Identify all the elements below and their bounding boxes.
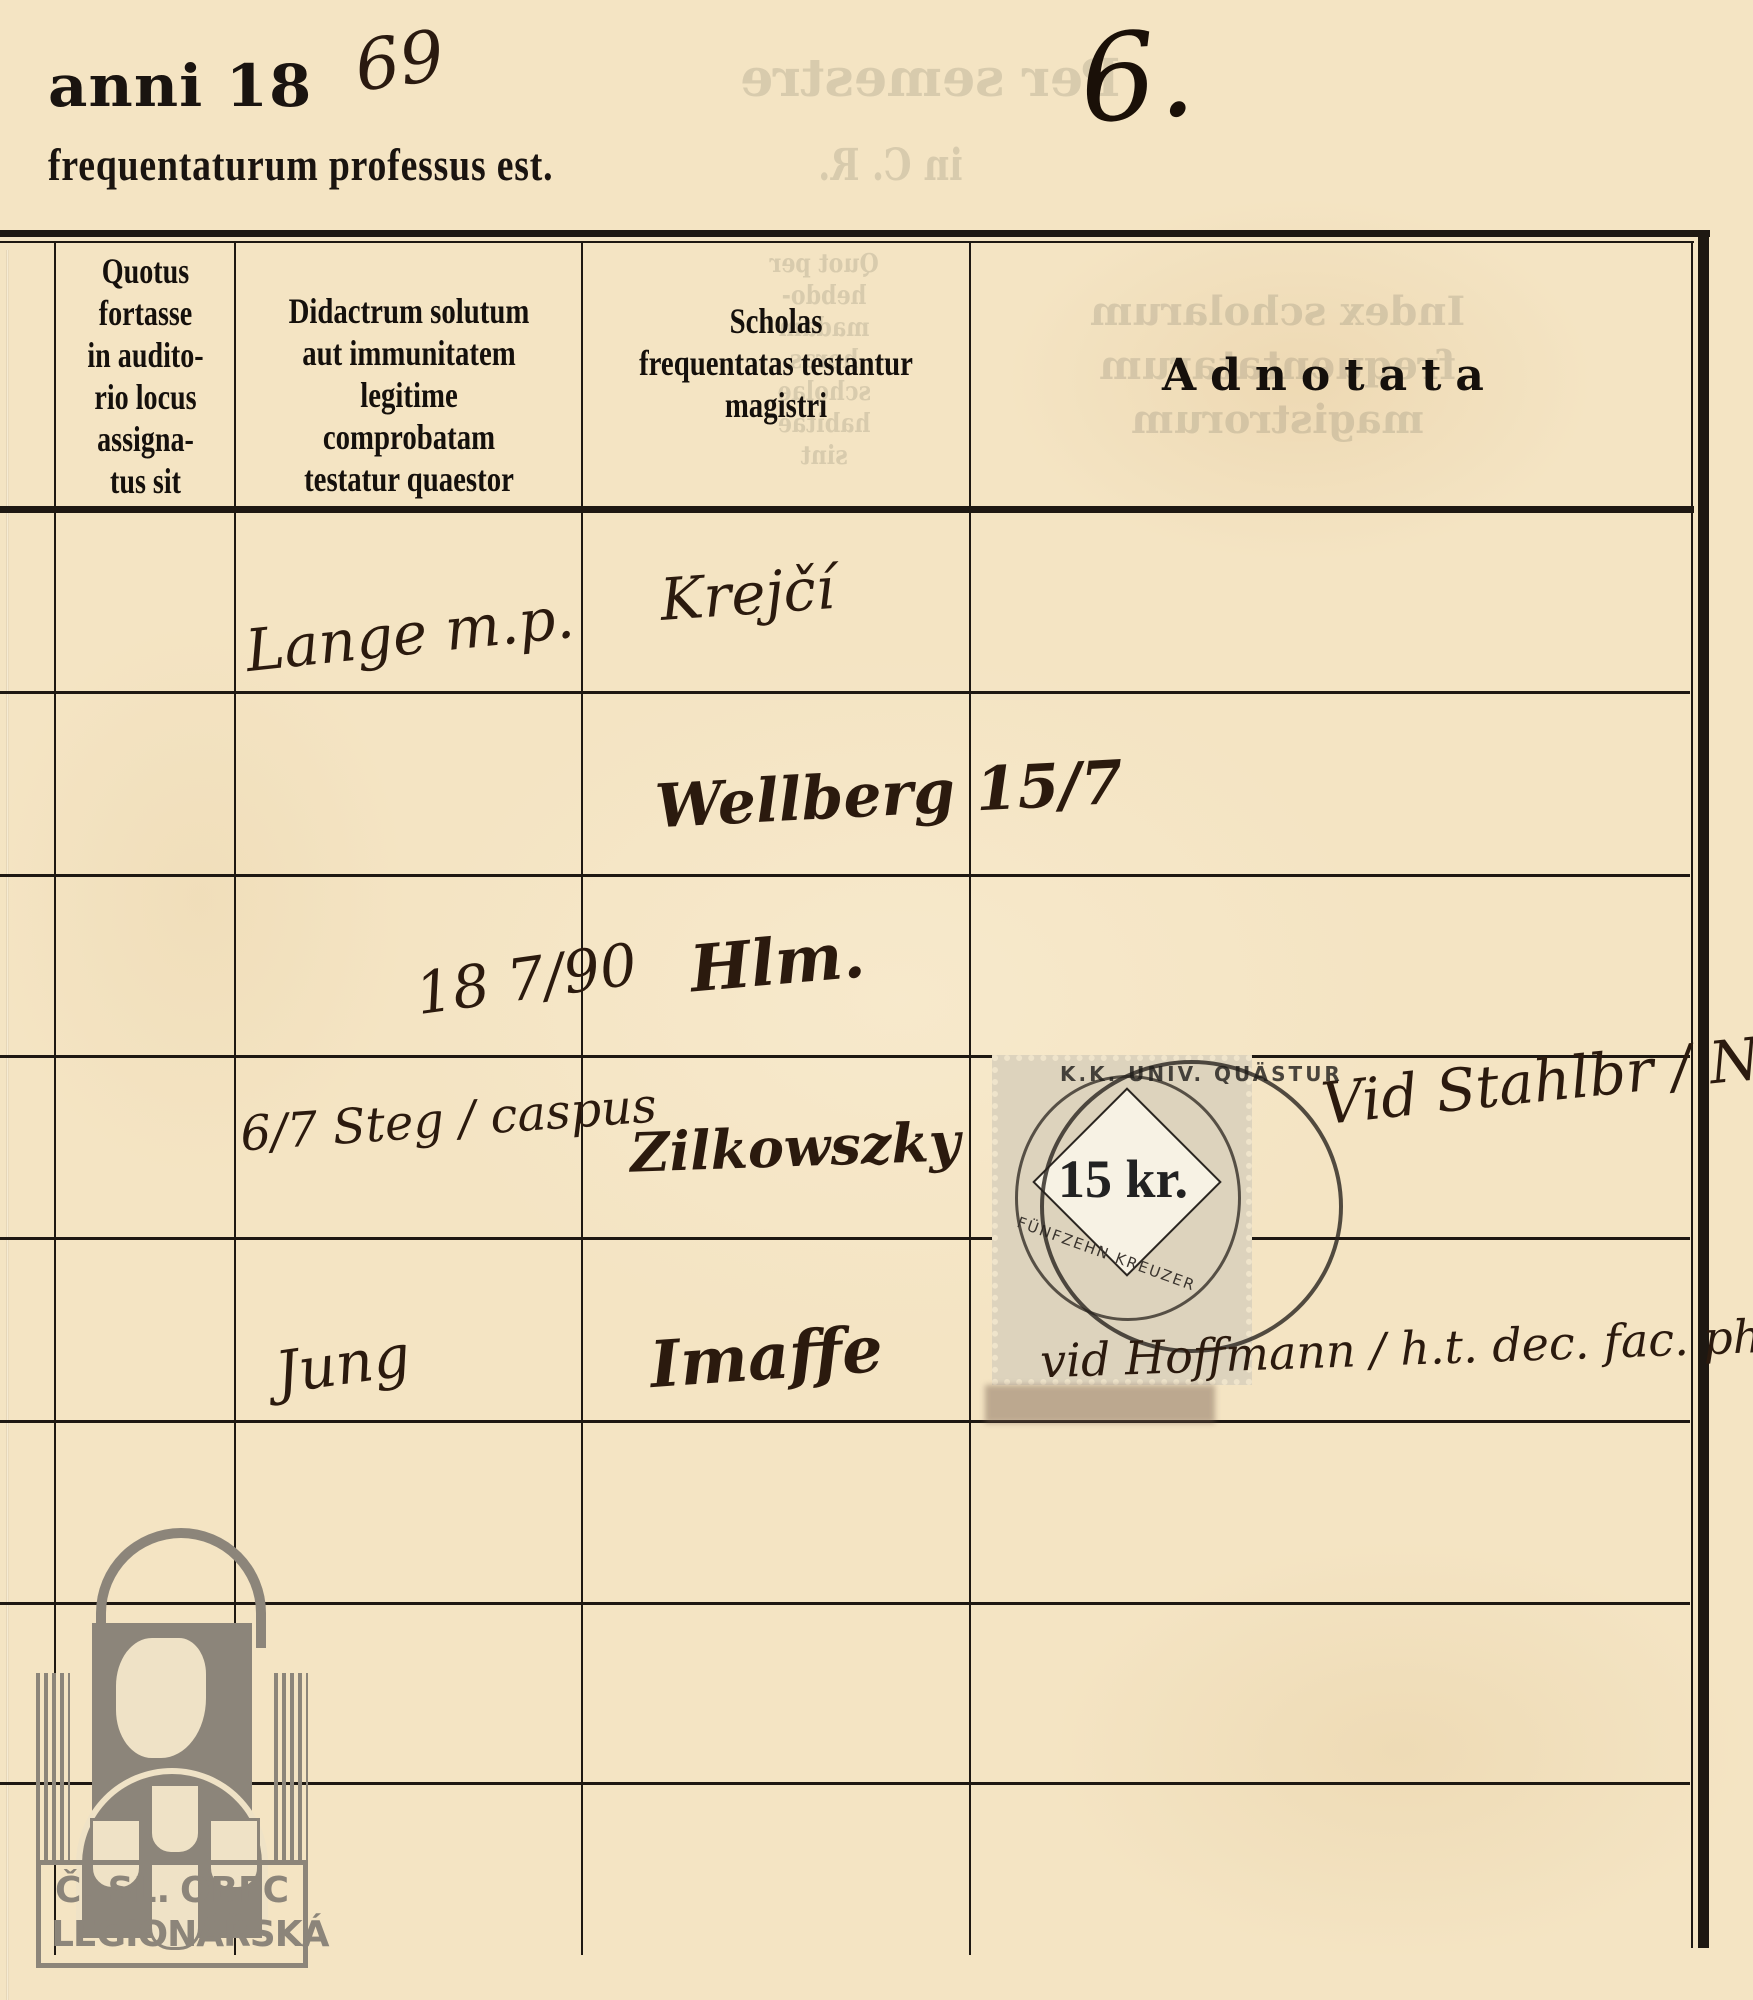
signature-magister-row5: Imaffe (648, 1312, 885, 1403)
logo-pillar-left (36, 1673, 70, 1863)
header-line: Didactrum solutum (272, 290, 546, 332)
header-line: in audito- (77, 334, 214, 376)
signature-magister-row1: Krejčí (658, 554, 837, 634)
header-line: fortasse (77, 292, 214, 334)
logo-text-csl: Č. SL. (55, 1870, 170, 1911)
header-line: assigna- (77, 418, 214, 460)
bleed-through-in-cr: in C. R. (818, 140, 963, 191)
bleed-col-line: Quot per (770, 248, 879, 280)
postmark-text: K.K. UNIV. QUÄSTUR (1060, 1062, 1343, 1086)
header-bottom-border (0, 506, 1694, 513)
signature-quaestor-row1: Lange m.p. (242, 583, 577, 685)
signature-magister-row4: Zilkowszky (629, 1109, 961, 1184)
handwritten-year: 69 (350, 14, 450, 108)
column-header-adnotata: Adnotata (972, 350, 1688, 401)
row-line (0, 1420, 1690, 1423)
subtitle: frequentaturum professus est. (48, 138, 553, 191)
header-line: aut immunitatem (272, 332, 546, 374)
table-top-inner-line (0, 241, 1694, 243)
row-line (0, 691, 1690, 694)
bleed-index-line: magistrorum (1090, 393, 1465, 447)
header-line: testatur quaestor (272, 458, 546, 500)
coat-of-arms-slovakia-icon (149, 1783, 201, 1855)
bleed-index-line: Index scholarum (1090, 285, 1465, 339)
header-line: Scholas (623, 300, 929, 342)
signature-quaestor-row5: Jung (271, 1321, 414, 1407)
cancellation-postmark (1040, 1060, 1343, 1353)
header-line: magistri (623, 384, 929, 426)
handwritten-page-number: 6. (1075, 4, 1199, 151)
ink-smudge (985, 1385, 1215, 1423)
logo-text-legionarska: LEGIONÁŘSKÁ (51, 1914, 328, 1955)
anni-label: anni 18 (48, 52, 312, 120)
bleed-through-per-semestre: Per semestre (740, 48, 1121, 109)
soldier-face-icon (116, 1638, 206, 1758)
logo-text-obec: OBEC (180, 1870, 289, 1911)
header-line: Quotus (77, 250, 214, 292)
table-top-border (0, 230, 1710, 237)
signature-magister-row2: Wellberg 15/7 (653, 748, 1124, 842)
legionnaire-watermark-logo: Č. SL. OBEC LEGIONÁŘSKÁ (36, 1528, 308, 1968)
column-header-didactrum: Didactrum solutum aut immunitatem legiti… (272, 290, 546, 500)
helmet-icon (96, 1528, 266, 1648)
header-line: tus sit (77, 460, 214, 502)
adnotata-entry-row4: Vid Stahlbr / Nesportr (1318, 996, 1753, 1144)
bleed-col-line: sint (770, 440, 879, 472)
column-divider (969, 243, 971, 1955)
row-line (0, 874, 1690, 877)
header-line: legitime comprobatam (272, 374, 546, 458)
column-header-quotus: Quotus fortasse in audito- rio locus ass… (77, 250, 214, 502)
column-header-scholas: Scholas frequentatas testantur magistri (623, 300, 929, 426)
quaestor-entry-row4: 6/7 Steg / caspus (238, 1071, 659, 1170)
logo-text-box: Č. SL. OBEC LEGIONÁŘSKÁ (36, 1860, 308, 1968)
quaestor-date-row3: 18 7/90 (411, 930, 641, 1028)
row-line (0, 1237, 1690, 1240)
logo-pillar-right (274, 1673, 308, 1863)
header-line: rio locus (77, 376, 214, 418)
signature-magister-row3: Hlm. (687, 918, 868, 1008)
header-line: frequentatas testantur (623, 342, 929, 384)
